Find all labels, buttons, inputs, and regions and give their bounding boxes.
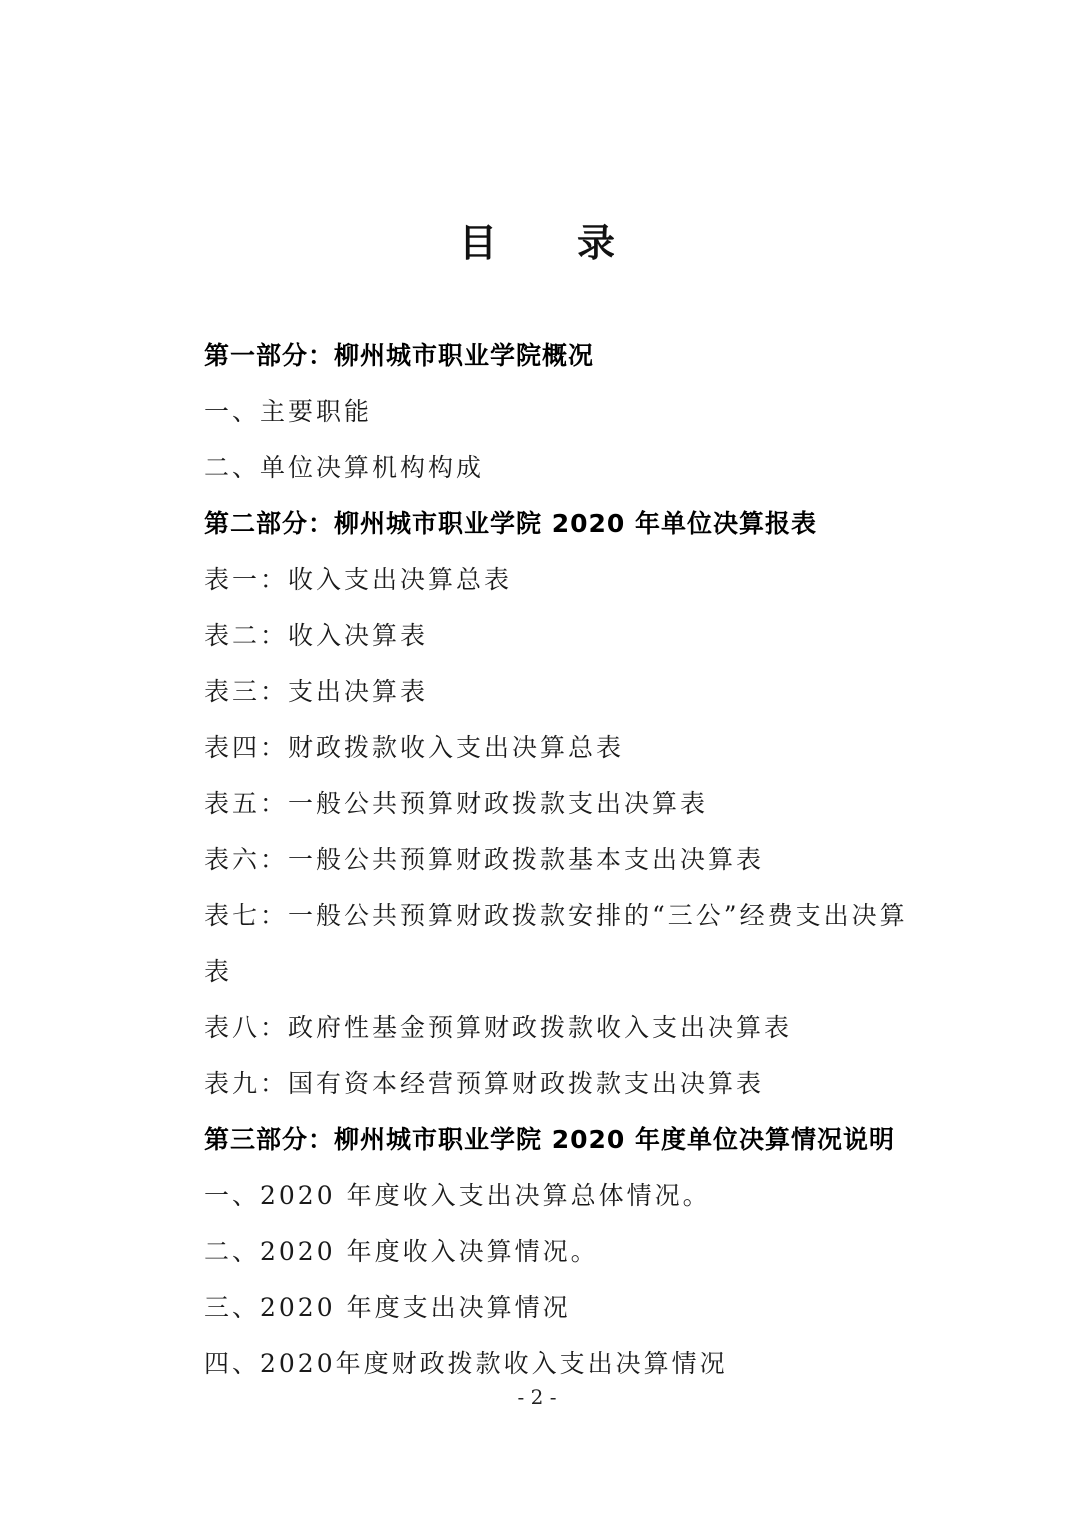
toc-entry: 表四：财政拨款收入支出决算总表: [204, 728, 624, 764]
toc-section-heading: 第一部分：柳州城市职业学院概况: [204, 336, 594, 372]
page-title: 目录: [0, 212, 1074, 267]
toc-entry: 一、主要职能: [204, 392, 372, 428]
toc-entry: 表二：收入决算表: [204, 616, 428, 652]
page-number: - 2 -: [0, 1385, 1074, 1409]
title-char-1: 目: [459, 212, 497, 267]
toc-entry: 一、2020 年度收入支出决算总体情况。: [204, 1176, 711, 1212]
toc-entry: 表五：一般公共预算财政拨款支出决算表: [204, 784, 708, 820]
toc-entry: 表九：国有资本经营预算财政拨款支出决算表: [204, 1064, 764, 1100]
toc-entry: 表七：一般公共预算财政拨款安排的“三公”经费支出决算: [204, 896, 908, 932]
toc-entry: 二、单位决算机构构成: [204, 448, 484, 484]
toc-entry: 表一：收入支出决算总表: [204, 560, 512, 596]
toc-entry: 表八：政府性基金预算财政拨款收入支出决算表: [204, 1008, 792, 1044]
toc-entry: 四、2020年度财政拨款收入支出决算情况: [204, 1344, 728, 1380]
toc-entry: 表: [204, 952, 232, 988]
toc-section-heading: 第二部分：柳州城市职业学院 2020 年单位决算报表: [204, 504, 817, 540]
toc-entry: 二、2020 年度收入决算情况。: [204, 1232, 599, 1268]
toc-entry: 表三：支出决算表: [204, 672, 428, 708]
toc-section-heading: 第三部分：柳州城市职业学院 2020 年度单位决算情况说明: [204, 1120, 895, 1156]
toc-entry: 表六：一般公共预算财政拨款基本支出决算表: [204, 840, 764, 876]
toc-entry: 三、2020 年度支出决算情况: [204, 1288, 571, 1324]
title-char-2: 录: [577, 212, 615, 267]
